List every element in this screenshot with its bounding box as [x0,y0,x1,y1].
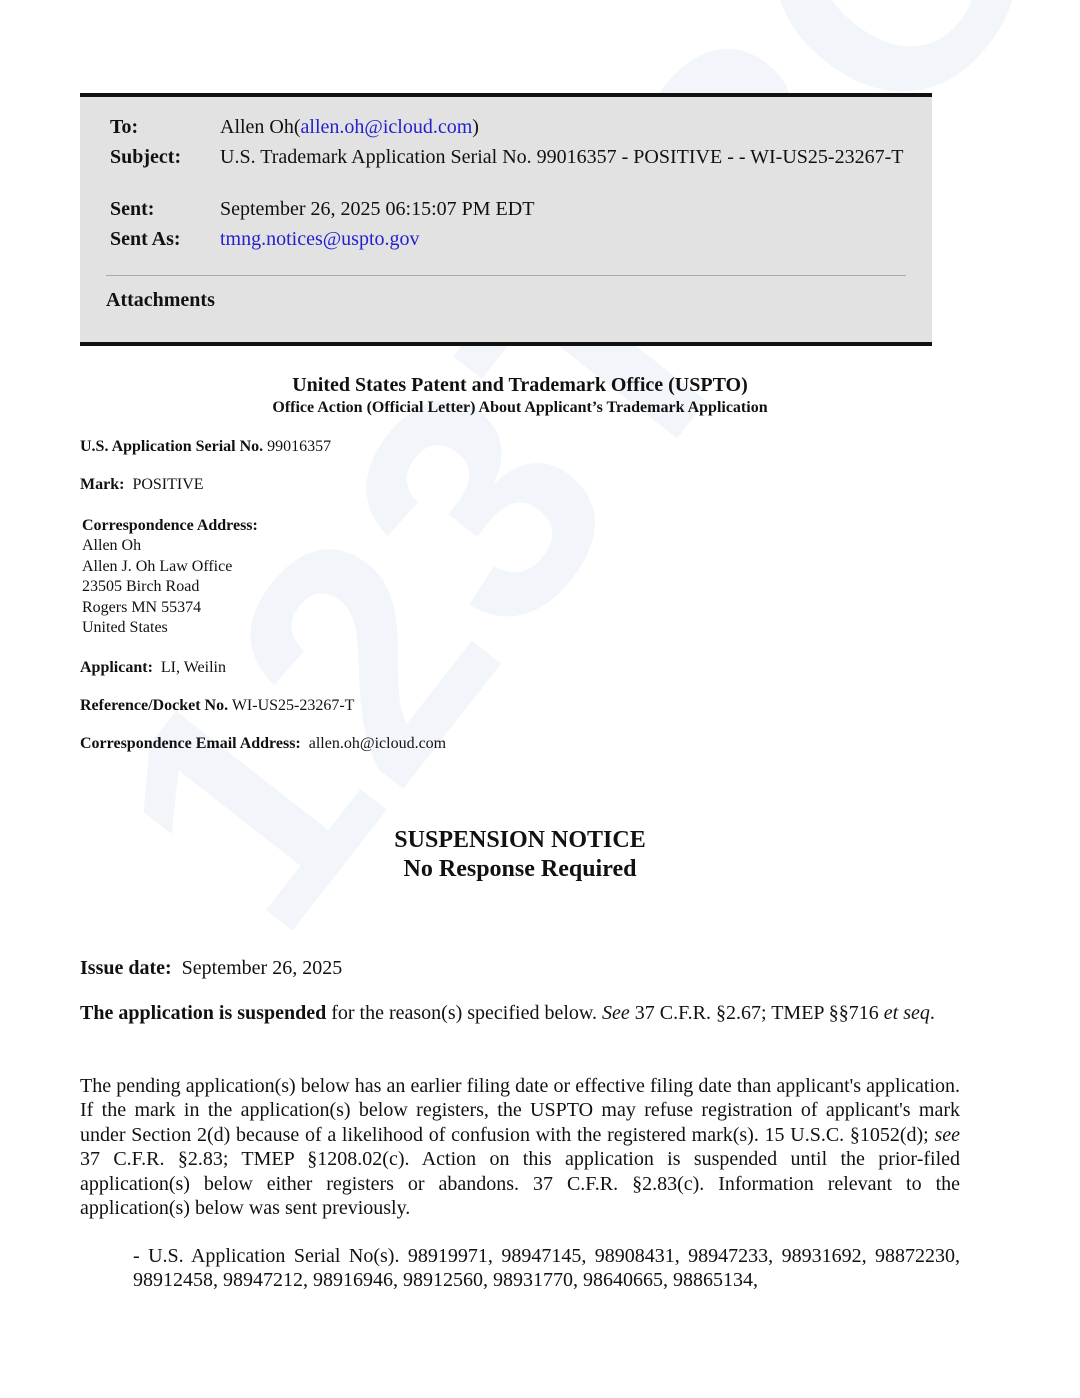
corr-email-value: allen.oh@icloud.com [309,735,446,752]
suspended-cite: 37 C.F.R. §2.67; TMEP §§716 [630,1002,884,1024]
address-line: United States [82,618,258,638]
subject-row: Subject: U.S. Trademark Application Seri… [110,145,910,169]
sent-as-link[interactable]: tmng.notices@uspto.gov [220,227,910,251]
to-value: Allen Oh(allen.oh@icloud.com) [220,115,910,139]
to-close: ) [472,116,479,138]
notice-title: SUSPENSION NOTICE [0,826,1040,855]
applicant-field: Applicant: LI, Weilin [80,659,226,677]
sent-label: Sent: [110,197,220,221]
applicant-label: Applicant: [80,659,153,676]
attachments-label: Attachments [106,289,215,312]
address-line: Rogers MN 55374 [82,598,258,618]
mark-field: Mark: POSITIVE [80,476,204,494]
to-email-link[interactable]: allen.oh@icloud.com [301,116,473,138]
suspended-statement: The application is suspended for the rea… [80,1001,960,1025]
to-label: To: [110,115,220,139]
serials-prefix: - U.S. Application Serial No(s). [133,1245,399,1267]
sent-as-row: Sent As: tmng.notices@uspto.gov [110,227,910,251]
see-italic: see [934,1124,960,1146]
docket-field: Reference/Docket No. WI-US25-23267-T [80,697,354,715]
email-header: To: Allen Oh(allen.oh@icloud.com) Subjec… [80,93,932,346]
address-line: 23505 Birch Road [82,577,258,597]
body-text-1: The pending application(s) below has an … [80,1075,960,1146]
body-text-2: 37 C.F.R. §2.83; TMEP §1208.02(c). Actio… [80,1148,960,1219]
issue-date-value: September 26, 2025 [182,957,343,979]
et-seq-italic: et seq [884,1002,930,1024]
suspension-notice: SUSPENSION NOTICE No Response Required [0,826,1040,884]
mark-value: POSITIVE [132,476,203,493]
sent-row: Sent: September 26, 2025 06:15:07 PM EDT [110,197,910,221]
suspended-end: . [930,1002,935,1024]
notice-subtitle: No Response Required [0,855,1040,884]
to-row: To: Allen Oh(allen.oh@icloud.com) [110,115,910,139]
correspondence-address: Correspondence Address: Allen Oh Allen J… [82,516,258,638]
suspended-bold: The application is suspended [80,1002,326,1024]
address-line: Allen Oh [82,536,258,556]
docket-label: Reference/Docket No. [80,697,228,714]
issue-date: Issue date: September 26, 2025 [80,956,960,980]
sent-as-label: Sent As: [110,227,220,251]
header-divider [106,275,906,276]
serial-label: U.S. Application Serial No. [80,438,263,455]
address-line: Allen J. Oh Law Office [82,557,258,577]
issue-date-label: Issue date: [80,957,172,979]
corr-email-field: Correspondence Email Address: allen.oh@i… [80,735,446,753]
mark-label: Mark: [80,476,124,493]
to-name: Allen Oh( [220,116,301,138]
docket-value: WI-US25-23267-T [232,697,355,714]
applicant-value: LI, Weilin [161,659,226,676]
serial-value: 99016357 [267,438,331,455]
corr-address-label: Correspondence Address: [82,516,258,536]
see-italic: See [602,1002,630,1024]
suspended-text: for the reason(s) specified below. [326,1002,602,1024]
office-subtitle: Office Action (Official Letter) About Ap… [0,399,1040,417]
serial-numbers-list: - U.S. Application Serial No(s). 9891997… [133,1244,960,1293]
sent-value: September 26, 2025 06:15:07 PM EDT [220,197,910,221]
subject-label: Subject: [110,145,220,169]
subject-value: U.S. Trademark Application Serial No. 99… [220,145,910,169]
office-title: United States Patent and Trademark Offic… [0,374,1040,397]
corr-email-label: Correspondence Email Address: [80,735,301,752]
serial-field: U.S. Application Serial No. 99016357 [80,438,331,456]
body-paragraph: The pending application(s) below has an … [80,1074,960,1220]
